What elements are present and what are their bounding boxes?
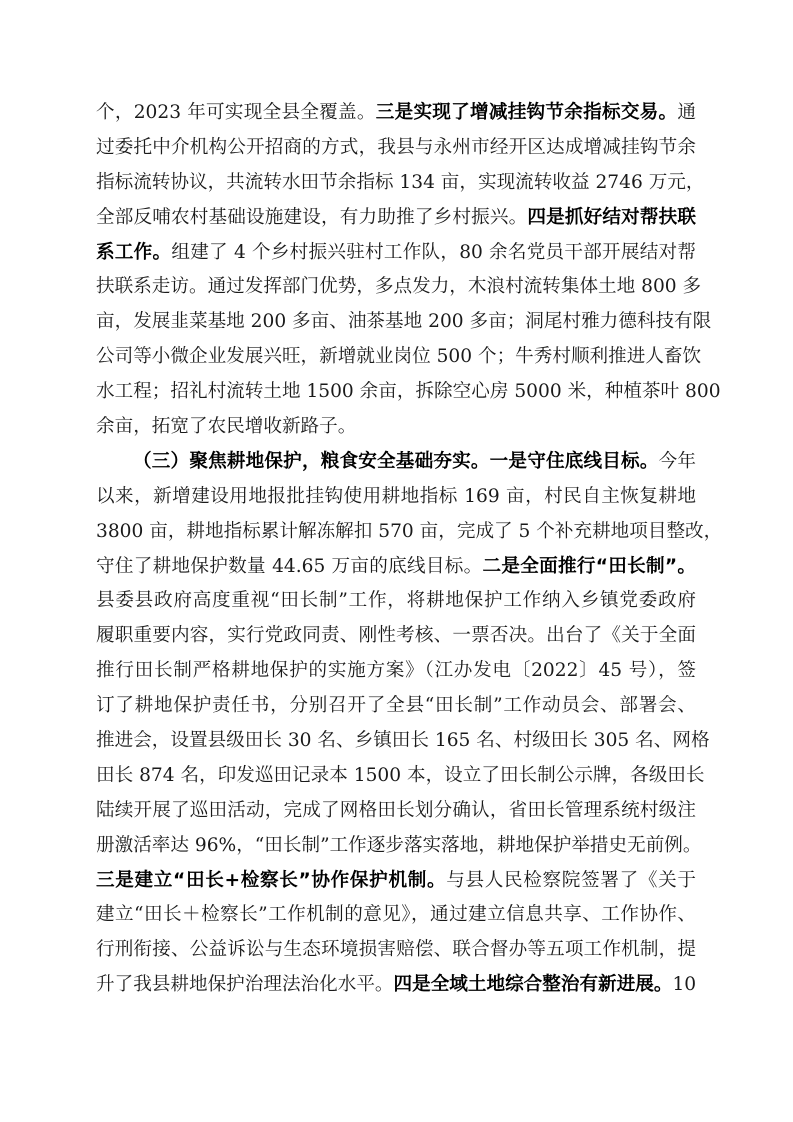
paragraph-text: 今年: [659, 451, 696, 472]
paragraph-text: 县委县政府高度重视“田长制”工作，将耕地保护工作纳入乡镇党委政府: [96, 590, 696, 611]
paragraph-text: 扶联系走访。通过发挥部门优势，多点发力，木浪村流转集体土地 800 多: [96, 276, 701, 297]
paragraph-text: 行刑衔接、公益诉讼与生态环境损害赔偿、联合督办等五项工作机制，提: [96, 939, 696, 960]
paragraph-text: 3800 亩，耕地指标累计解冻解扣 570 亩，完成了 5 个补充耕地项目整改，: [96, 521, 722, 542]
paragraph-text: 过委托中介机构公开招商的方式，我县与永州市经开区达成增减挂钩节余: [96, 137, 696, 158]
text-line: 守住了耕地保护数量 44.65 万亩的底线目标。二是全面推行“田长制”。: [96, 550, 696, 585]
bold-heading-text: 三是建立“田长+检察长”协作保护机制。: [96, 870, 446, 891]
text-line: 水工程；招礼村流转土地 1500 余亩，拆除空心房 5000 米，种植茶叶 80…: [96, 375, 696, 410]
paragraph-text: 个，2023 年可实现全县全覆盖。: [96, 102, 376, 123]
paragraph-text: 公司等小微企业发展兴旺，新增就业岗位 500 个；牛秀村顺利推进人畜饮: [96, 346, 701, 367]
paragraph-text: 订了耕地保护责任书，分别召开了全县“田长制”工作动员会、部署会、: [96, 695, 696, 716]
bold-heading-text: 四是全域土地综合整治有新进展。: [394, 974, 673, 995]
text-line: 余亩，拓宽了农民增收新路子。: [96, 410, 696, 445]
text-line: 个，2023 年可实现全县全覆盖。三是实现了增减挂钩节余指标交易。通: [96, 96, 696, 131]
paragraph-text: 组建了 4 个乡村振兴驻村工作队，80 余名党员干部开展结对帮: [171, 242, 696, 263]
text-line: 以来，新增建设用地报批挂钩使用耕地指标 169 亩，村民自主恢复耕地: [96, 480, 696, 515]
text-line: 升了我县耕地保护治理法治化水平。四是全域土地综合整治有新进展。10: [96, 968, 696, 1003]
text-line: 册激活率达 96%，“田长制”工作逐步落实落地，耕地保护举措史无前例。: [96, 829, 696, 864]
bold-heading-text: （三）聚焦耕地保护，粮食安全基础夯实。一是守住底线目标。: [133, 451, 659, 472]
paragraph-text: 推行田长制严格耕地保护的实施方案》（江办发电〔2022〕45 号），签: [96, 660, 696, 681]
paragraph-text: 田长 874 名，印发巡田记录本 1500 本，设立了田长制公示牌，各级田长: [96, 765, 704, 786]
text-line: 系工作。组建了 4 个乡村振兴驻村工作队，80 余名党员干部开展结对帮: [96, 236, 696, 271]
text-line: 推行田长制严格耕地保护的实施方案》（江办发电〔2022〕45 号），签: [96, 654, 696, 689]
paragraph-text: 推进会，设置县级田长 30 名、乡镇田长 165 名、村级田长 305 名、网格: [96, 730, 710, 751]
paragraph-text: 全部反哺农村基础设施建设，有力助推了乡村振兴。: [96, 207, 527, 228]
paragraph-text: 指标流转协议，共流转水田节余指标 134 亩，实现流转收益 2746 万元，: [96, 172, 704, 193]
paragraph-text: 余亩，拓宽了农民增收新路子。: [96, 416, 356, 437]
bold-heading-text: 四是抓好结对帮扶联: [527, 207, 696, 228]
text-line: 推进会，设置县级田长 30 名、乡镇田长 165 名、村级田长 305 名、网格: [96, 724, 696, 759]
text-line: 指标流转协议，共流转水田节余指标 134 亩，实现流转收益 2746 万元，: [96, 166, 696, 201]
text-line: 陆续开展了巡田活动，完成了网格田长划分确认，省田长管理系统村级注: [96, 794, 696, 829]
paragraph-text: 升了我县耕地保护治理法治化水平。: [96, 974, 394, 995]
text-line: 县委县政府高度重视“田长制”工作，将耕地保护工作纳入乡镇党委政府: [96, 584, 696, 619]
text-line: 三是建立“田长+检察长”协作保护机制。与县人民检察院签署了《关于: [96, 864, 696, 899]
paragraph-text: 以来，新增建设用地报批挂钩使用耕地指标 169 亩，村民自主恢复耕地: [96, 486, 696, 507]
paragraph-text: 陆续开展了巡田活动，完成了网格田长划分确认，省田长管理系统村级注: [96, 800, 696, 821]
text-line: 亩，发展韭菜基地 200 多亩、油茶基地 200 多亩；洞尾村雅力德科技有限: [96, 305, 696, 340]
paragraph-text: 水工程；招礼村流转土地 1500 余亩，拆除空心房 5000 米，种植茶叶 80…: [96, 381, 721, 402]
text-line: 扶联系走访。通过发挥部门优势，多点发力，木浪村流转集体土地 800 多: [96, 270, 696, 305]
text-line: 过委托中介机构公开招商的方式，我县与永州市经开区达成增减挂钩节余: [96, 131, 696, 166]
bold-heading-text: 三是实现了增减挂钩节余指标交易。: [376, 102, 678, 123]
paragraph-text: 守住了耕地保护数量 44.65 万亩的底线目标。: [96, 556, 483, 577]
paragraph-text: 10: [672, 974, 696, 995]
text-line: 田长 874 名，印发巡田记录本 1500 本，设立了田长制公示牌，各级田长: [96, 759, 696, 794]
paragraph-text: 与县人民检察院签署了《关于: [446, 870, 696, 891]
text-line: 建立“田长＋检察长”工作机制的意见》，通过建立信息共享、工作协作、: [96, 898, 696, 933]
text-line: 订了耕地保护责任书，分别召开了全县“田长制”工作动员会、部署会、: [96, 689, 696, 724]
paragraph-text: 履职重要内容，实行党政同责、刚性考核、一票否决。出台了《关于全面: [96, 625, 696, 646]
paragraph-text: 建立“田长＋检察长”工作机制的意见》，通过建立信息共享、工作协作、: [96, 904, 696, 925]
paragraph-text: 通: [677, 102, 696, 123]
paragraph-text: 亩，发展韭菜基地 200 多亩、油茶基地 200 多亩；洞尾村雅力德科技有限: [96, 311, 711, 332]
text-line: 3800 亩，耕地指标累计解冻解扣 570 亩，完成了 5 个补充耕地项目整改，: [96, 515, 696, 550]
text-line: 行刑衔接、公益诉讼与生态环境损害赔偿、联合督办等五项工作机制，提: [96, 933, 696, 968]
text-line: （三）聚焦耕地保护，粮食安全基础夯实。一是守住底线目标。今年: [96, 445, 696, 480]
bold-heading-text: 系工作。: [96, 242, 171, 263]
body-text: 个，2023 年可实现全县全覆盖。三是实现了增减挂钩节余指标交易。通过委托中介机…: [96, 96, 696, 1003]
document-page: 个，2023 年可实现全县全覆盖。三是实现了增减挂钩节余指标交易。通过委托中介机…: [0, 0, 793, 1122]
text-line: 履职重要内容，实行党政同责、刚性考核、一票否决。出台了《关于全面: [96, 619, 696, 654]
paragraph-text: 册激活率达 96%，“田长制”工作逐步落实落地，耕地保护举措史无前例。: [96, 835, 701, 856]
bold-heading-text: 二是全面推行“田长制”。: [483, 556, 696, 577]
text-line: 公司等小微企业发展兴旺，新增就业岗位 500 个；牛秀村顺利推进人畜饮: [96, 340, 696, 375]
text-line: 全部反哺农村基础设施建设，有力助推了乡村振兴。四是抓好结对帮扶联: [96, 201, 696, 236]
